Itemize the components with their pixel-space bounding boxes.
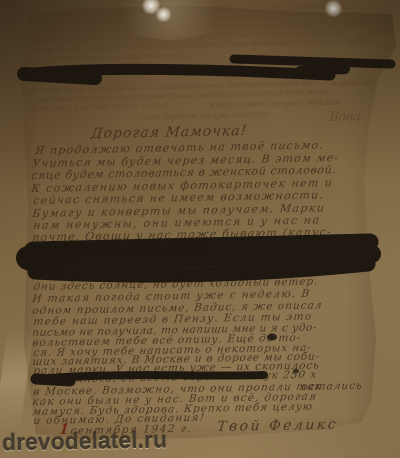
salutation: Дорогая Мамочка!: [90, 123, 248, 142]
signature: Твой Феликс: [216, 417, 339, 435]
signoff-name: Вова: [328, 109, 361, 125]
handwriting-line: и право оно: [331, 78, 376, 88]
framed-letter-photo: как получишь письмо всё же пиши. Будешь …: [0, 0, 400, 458]
watermark: drevodelatel.ru: [2, 427, 167, 457]
